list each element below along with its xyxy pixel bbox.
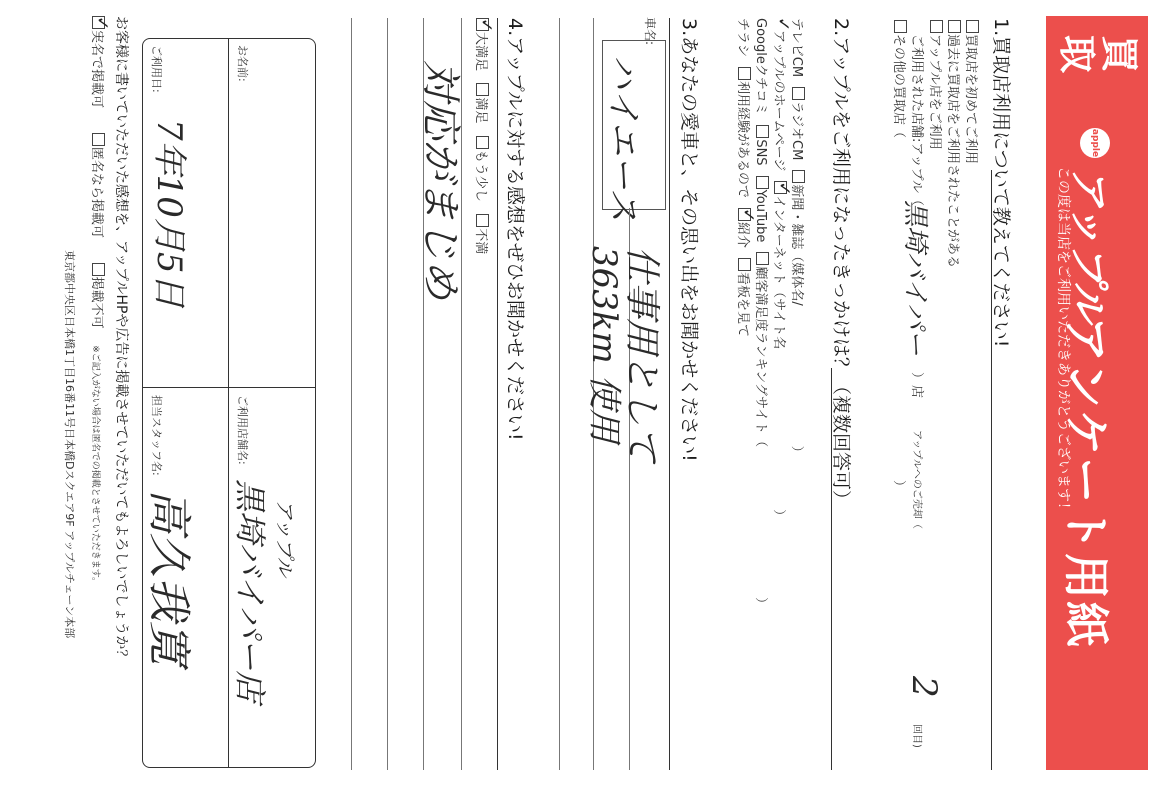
consent-options: 実名で掲載可 匿名なら掲載可 掲載不可 ※ご記入がない場合は匿名での掲載とさせて… <box>89 16 108 586</box>
q2-option-label: ） <box>789 446 804 459</box>
consent-option-label: 実名で掲載可 <box>89 30 104 108</box>
q1-store-suffix: ）店 <box>909 372 928 398</box>
q2-option-checkbox[interactable] <box>738 258 751 271</box>
q4-rating-a-little-more[interactable]: もう少し <box>473 136 488 202</box>
q1-option-label: 買取店を初めてご利用 <box>963 34 978 164</box>
q2-option-row: チラシ利用経験があるので紹介看板を見て <box>735 18 754 337</box>
q2-option-label: 看板を見て <box>735 272 750 337</box>
car-name-value[interactable]: ハイエース <box>602 55 651 222</box>
q2-option-label: チラシ <box>735 18 750 57</box>
consent-option-label: 掲載不可 <box>89 277 104 329</box>
q2-option: ） <box>789 446 804 459</box>
q1-store-line: ご利用された店舗:アップル（ <box>909 34 928 206</box>
q4-rating-options: 大満足 満足 もう少し 不満 <box>473 18 492 254</box>
q2-option-label: ラジオCM <box>789 101 804 160</box>
q1-times-prefix: アップルへのご売却（ <box>911 430 926 529</box>
store-value-line1[interactable]: アップル <box>272 499 301 577</box>
q1-option-label: その他の買取店（ <box>891 34 906 138</box>
q4-title: 4.アップルに対する感想をぜひお聞かせください! <box>503 18 530 441</box>
q2-option[interactable]: ラジオCM <box>789 87 804 160</box>
q2-option-checkbox[interactable] <box>756 252 769 265</box>
rating-label: 満足 <box>473 97 488 123</box>
consent-note: ※ご記入がない場合は匿名での掲載とさせていただきます。 <box>90 345 100 586</box>
survey-subtitle: この度は当店をご利用いただきありがとうございます！ <box>1054 166 1074 516</box>
q4-comment-line <box>351 18 352 770</box>
q2-option-checkbox[interactable] <box>792 87 805 100</box>
kaitori-logo: 買取 <box>1054 24 1140 82</box>
q2-option[interactable]: 紹介 <box>735 208 750 248</box>
q2-option: チラシ <box>735 18 750 57</box>
q2-option[interactable]: アップルのホームページ <box>771 18 786 171</box>
rating-label: もう少し <box>473 150 488 202</box>
customer-info-box: お名前: ご利用店舗名: アップル 黒埼バイパー店 ご利用日: 7年10月5日 … <box>142 38 316 768</box>
q2-option-row: テレビCMラジオCM新聞・雑誌（媒体名/） <box>789 18 808 459</box>
q2-title-rule <box>831 368 832 770</box>
q1-other-checkbox[interactable] <box>894 20 907 33</box>
q3-title: 3.あなたの愛車と、その思い出をお聞かせください! <box>677 18 704 462</box>
car-name-box[interactable]: 車名: ハイエース <box>602 40 666 210</box>
q2-option: ） <box>771 509 786 522</box>
q1-option-label: 過去に買取店をご利用されたことがある <box>945 34 960 268</box>
q1-times-value[interactable]: 2 <box>904 676 944 698</box>
q4-rating-dissatisfied[interactable]: 不満 <box>473 214 488 254</box>
store-value-line2[interactable]: 黒埼バイパー店 <box>229 479 275 702</box>
rating-label: 大満足 <box>473 32 488 71</box>
not-allowed-checkbox[interactable] <box>92 263 105 276</box>
q1-returning-checkbox[interactable] <box>948 20 961 33</box>
dissatisfied-checkbox[interactable] <box>476 214 489 227</box>
anonymous-checkbox[interactable] <box>92 133 105 146</box>
q2-option-label: アップルのホームページ <box>771 30 786 171</box>
q2-option[interactable]: インターネット（サイト名 <box>771 181 786 349</box>
q4-rating-very-satisfied[interactable]: 大満足 <box>473 18 488 71</box>
consent-option-label: 匿名なら掲載可 <box>89 147 104 238</box>
q1-title: 1.買取店利用について教えてください! <box>989 18 1016 347</box>
q1-title-rule <box>991 170 992 770</box>
very-satisfied-checkbox[interactable] <box>476 18 489 31</box>
q4-comment-text[interactable]: 対応がまじめ <box>415 60 472 300</box>
q4-rating-satisfied[interactable]: 満足 <box>473 83 488 123</box>
consent-anonymous[interactable]: 匿名なら掲載可 <box>89 133 104 238</box>
q1-option-first-time[interactable]: 買取店を初めてご利用 <box>963 20 982 164</box>
q1-option-label: アップル店をご利用 <box>927 34 942 150</box>
q3-memory-text-2[interactable]: 363km 使用 <box>583 246 632 443</box>
q2-checkmark[interactable] <box>774 18 785 29</box>
q1-times-suffix: 回目) <box>911 724 926 748</box>
consent-not-allowed[interactable]: 掲載不可 <box>89 263 104 329</box>
q2-option-checkbox[interactable] <box>738 208 751 221</box>
q2-option-label: インターネット（サイト名 <box>771 195 786 349</box>
q3-memory-line <box>559 18 560 770</box>
q2-option: Googleクチコミ <box>753 18 768 115</box>
staff-label: 担当スタッフ名: <box>149 395 165 476</box>
q2-option-checkbox[interactable] <box>756 176 769 189</box>
q1-option-apple[interactable]: アップル店をご利用 <box>927 20 946 150</box>
name-label: お名前: <box>235 45 251 82</box>
q1-first-time-checkbox[interactable] <box>966 20 979 33</box>
header-banner: 買取 apple アップル アンケート用紙 この度は当店をご利用いただきありがと… <box>1046 16 1148 770</box>
q1-store-value[interactable]: 黒埼バイパー <box>899 200 936 355</box>
q2-option-label: 新聞・雑誌（媒体名/ <box>789 184 804 305</box>
visit-date-value[interactable]: 7年10月5日 <box>148 119 197 308</box>
survey-form-page: 買取 apple アップル アンケート用紙 この度は当店をご利用いただきありがと… <box>0 0 1164 786</box>
q2-option[interactable]: 看板を見て <box>735 258 750 337</box>
q2-option-checkbox[interactable] <box>756 125 769 138</box>
q2-option-label: SNS <box>753 139 768 165</box>
q2-option-label: ） <box>753 597 768 610</box>
rating-label: 不満 <box>473 228 488 254</box>
q1-option-returning[interactable]: 過去に買取店をご利用されたことがある <box>945 20 964 268</box>
a-little-more-checkbox[interactable] <box>476 136 489 149</box>
q2-option-label: 紹介 <box>735 222 750 248</box>
q2-option-label: Googleクチコミ <box>753 18 768 115</box>
q2-option: ） <box>753 597 768 610</box>
q2-option-checkbox[interactable] <box>738 67 751 80</box>
q2-option[interactable]: 利用経験があるので <box>735 67 750 198</box>
q2-title: 2.アップルをご利用になったきっかけは？（複数回答可） <box>829 18 856 509</box>
q4-title-rule <box>497 18 498 770</box>
q2-option-label: ） <box>771 509 786 522</box>
q1-option-other[interactable]: その他の買取店（ <box>891 20 910 138</box>
visit-date-label: ご利用日: <box>149 45 165 93</box>
satisfied-checkbox[interactable] <box>476 83 489 96</box>
footer-address: 東京都中央区日本橋1丁目16番11号日本橋Dスクエア9F アップルチェーン本部 <box>62 250 78 638</box>
car-name-label: 車名: <box>642 17 659 45</box>
q2-option[interactable]: 顧客満足度ランキングサイト（ <box>753 252 768 447</box>
store-label: ご利用店舗名: <box>235 395 251 465</box>
real-name-checkbox[interactable] <box>92 16 105 29</box>
q1-apple-checkbox[interactable] <box>930 20 943 33</box>
q2-option-row: GoogleクチコミSNSYouTube顧客満足度ランキングサイト（） <box>753 18 772 610</box>
q2-option[interactable]: SNS <box>753 125 768 165</box>
q2-option-row: アップルのホームページインターネット（サイト名） <box>771 18 790 522</box>
staff-value[interactable]: 高久我寛 <box>141 489 205 665</box>
q2-option-label: 利用経験があるので <box>735 81 750 198</box>
q2-option-checkbox[interactable] <box>774 181 787 194</box>
apple-logo-icon: apple <box>1080 128 1110 158</box>
q1-other-suffix: ） <box>891 480 910 493</box>
q1-store-prefix: ご利用された店舗:アップル（ <box>909 34 924 206</box>
q2-option-label: 顧客満足度ランキングサイト（ <box>753 266 768 447</box>
q4-comment-line <box>387 18 388 770</box>
consent-question: お客様に書いていただいた感想を、アップルHPや広告に掲載させていただいてもよろし… <box>112 16 132 663</box>
info-divider-v <box>143 387 315 388</box>
consent-real-name[interactable]: 実名で掲載可 <box>89 16 104 108</box>
